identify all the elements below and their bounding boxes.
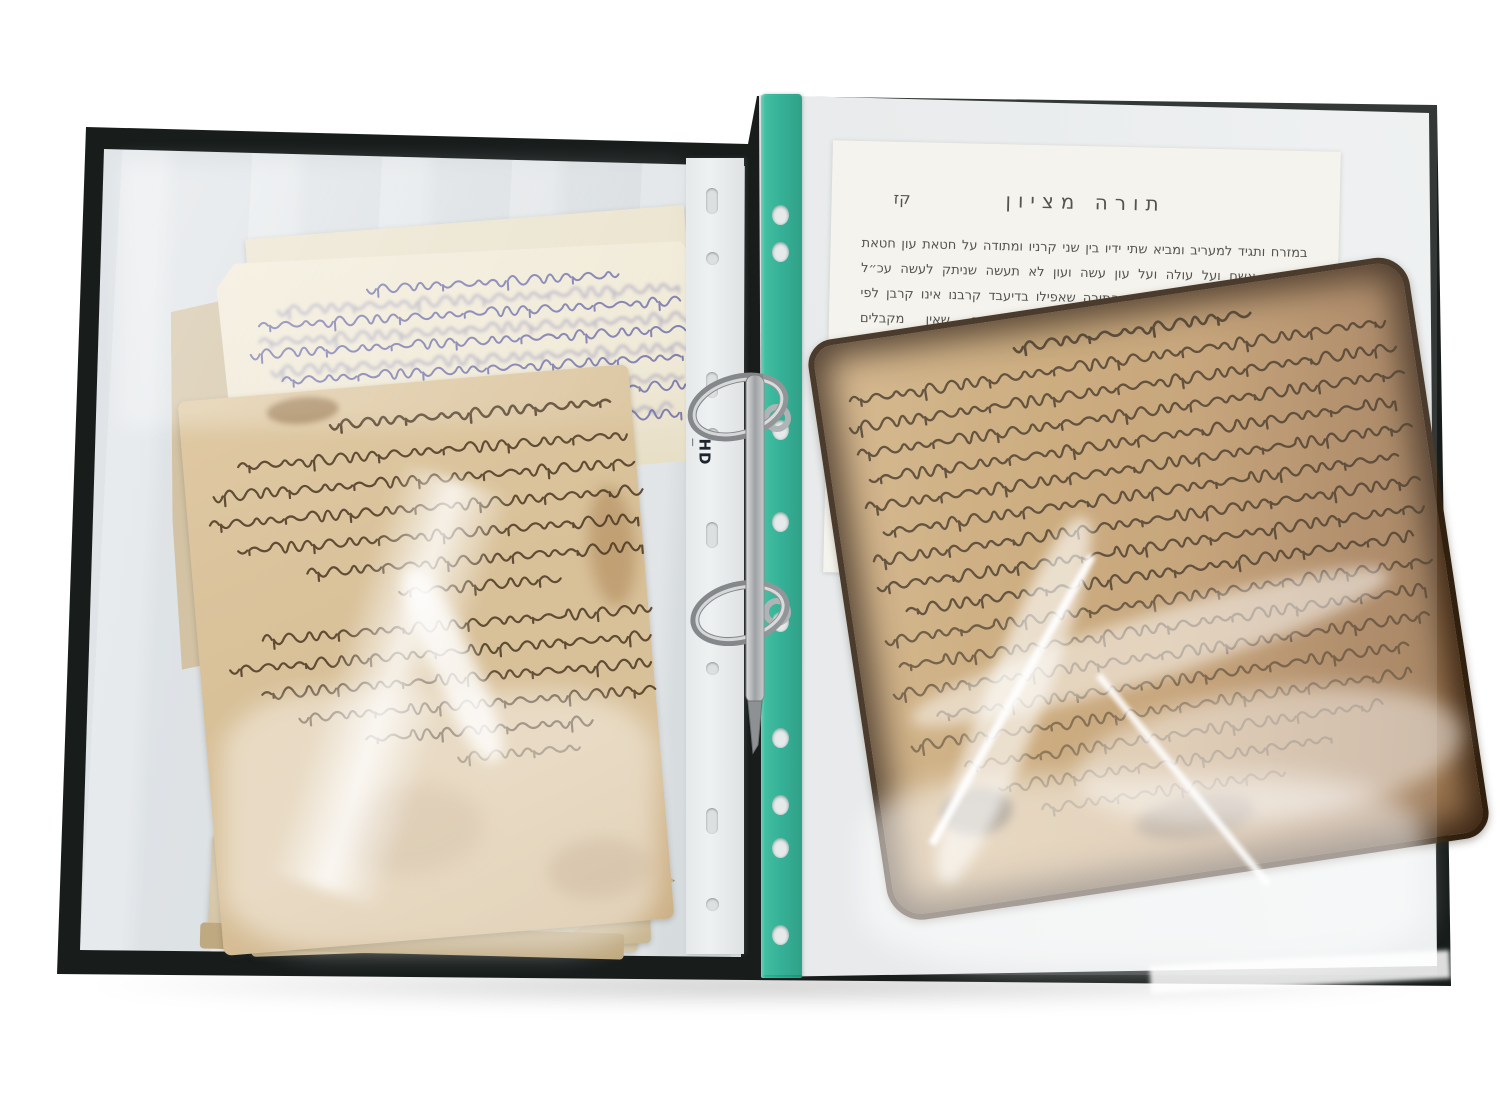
ring-bar bbox=[746, 375, 764, 703]
punch-hole bbox=[706, 808, 718, 834]
printed-page-number: קז bbox=[893, 189, 910, 208]
photo-open-binder: תורה מציון קז במזרח ותגיד למעריב ומביא ש… bbox=[0, 0, 1500, 1097]
strip-hole bbox=[772, 925, 789, 945]
punch-hole bbox=[706, 188, 718, 214]
right-aged-manuscript bbox=[805, 253, 1492, 924]
punch-hole bbox=[706, 252, 719, 265]
ring-mechanism bbox=[660, 355, 830, 775]
ring-bar-tip bbox=[748, 701, 762, 753]
strip-hole bbox=[772, 795, 789, 815]
left-tan-manuscript bbox=[178, 364, 675, 956]
strip-hole bbox=[772, 205, 789, 225]
punch-hole bbox=[706, 898, 719, 911]
strip-hole bbox=[772, 242, 789, 262]
printed-page-header: תורה מציון קז bbox=[831, 184, 1340, 226]
dark-ink-handwriting-scribbles bbox=[178, 364, 675, 956]
dense-handwriting-scribbles bbox=[812, 260, 1486, 918]
bottom-ring bbox=[689, 576, 791, 651]
strip-hole bbox=[772, 838, 789, 858]
